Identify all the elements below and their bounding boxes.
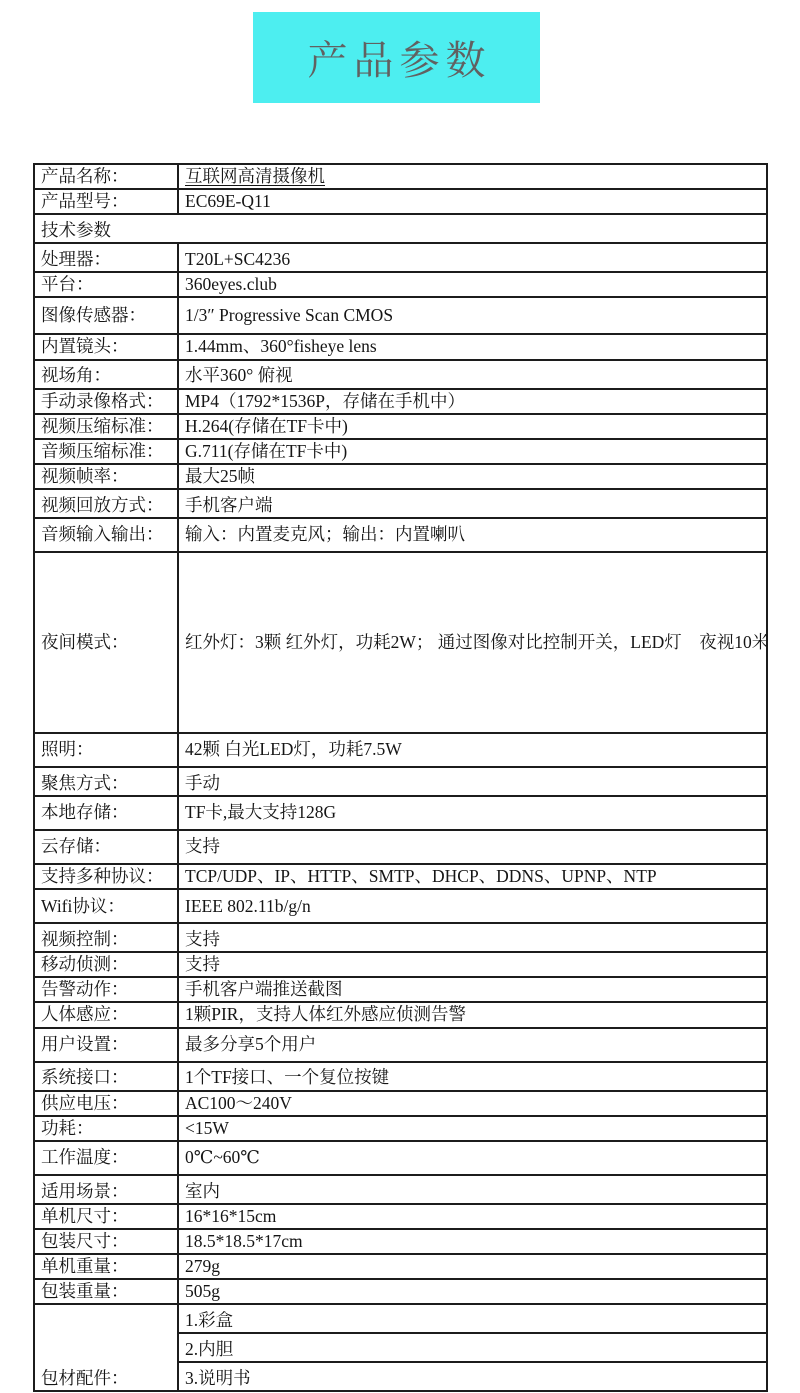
spec-value: 2.内胆 — [178, 1333, 767, 1362]
title-banner: 产品参数 — [253, 12, 540, 103]
spec-value: 手机客户端 — [178, 489, 767, 518]
spec-value: 360eyes.club — [178, 272, 767, 297]
spec-value: 1颗PIR，支持人体红外感应侦测告警 — [178, 1002, 767, 1027]
spec-value: 手机客户端推送截图 — [178, 977, 767, 1002]
spec-label: 移动侦测： — [34, 952, 178, 977]
spec-label: 用户设置： — [34, 1028, 178, 1062]
row-package-size: 包装尺寸： 18.5*18.5*17cm — [34, 1229, 767, 1254]
row-scenario: 适用场景： 室内 — [34, 1175, 767, 1204]
spec-label: 产品型号： — [34, 189, 178, 214]
spec-value: 505g — [178, 1279, 767, 1304]
spec-label: 支持多种协议： — [34, 864, 178, 889]
row-frame-rate: 视频帧率： 最大25帧 — [34, 464, 767, 489]
spec-label: 视频帧率： — [34, 464, 178, 489]
spec-value: 1/3″ Progressive Scan CMOS — [178, 297, 767, 334]
row-power: 功耗： <15W — [34, 1116, 767, 1141]
spec-value: 支持 — [178, 830, 767, 864]
spec-label: 产品名称： — [34, 164, 178, 189]
row-unit-weight: 单机重量： 279g — [34, 1254, 767, 1279]
spec-value: IEEE 802.11b/g/n — [178, 889, 767, 923]
row-product-name: 产品名称： 互联网高清摄像机 — [34, 164, 767, 189]
spec-value: 互联网高清摄像机 — [178, 164, 767, 189]
spec-value: G.711(存储在TF卡中) — [178, 439, 767, 464]
spec-label: 本地存储： — [34, 796, 178, 830]
spec-label: 包装重量： — [34, 1279, 178, 1304]
spec-label: 告警动作： — [34, 977, 178, 1002]
spec-value: MP4（1792*1536P，存储在手机中） — [178, 389, 767, 414]
spec-label: 处理器： — [34, 243, 178, 272]
spec-value: 18.5*18.5*17cm — [178, 1229, 767, 1254]
spec-label: 供应电压： — [34, 1091, 178, 1116]
row-night-mode: 夜间模式： 红外灯：3颗 红外灯，功耗2W； 通过图像对比控制开关，LED灯 夜… — [34, 552, 767, 733]
spec-value: <15W — [178, 1116, 767, 1141]
spec-value: TF卡,最大支持128G — [178, 796, 767, 830]
spec-label: 包材配件： — [34, 1304, 178, 1391]
spec-label: Wifi协议： — [34, 889, 178, 923]
spec-label: 音频压缩标准： — [34, 439, 178, 464]
spec-value: 手动 — [178, 767, 767, 796]
row-local-storage: 本地存储： TF卡,最大支持128G — [34, 796, 767, 830]
row-record-format: 手动录像格式： MP4（1792*1536P，存储在手机中） — [34, 389, 767, 414]
spec-value: 最大25帧 — [178, 464, 767, 489]
spec-value: 3.说明书 — [178, 1362, 767, 1391]
spec-label: 图像传感器： — [34, 297, 178, 334]
spec-label: 视场角： — [34, 360, 178, 389]
row-alarm-action: 告警动作： 手机客户端推送截图 — [34, 977, 767, 1002]
spec-label: 工作温度： — [34, 1141, 178, 1175]
section-header: 技术参数 — [34, 214, 767, 243]
spec-label: 平台： — [34, 272, 178, 297]
spec-label: 手动录像格式： — [34, 389, 178, 414]
row-audio-codec: 音频压缩标准： G.711(存储在TF卡中) — [34, 439, 767, 464]
spec-label: 视频回放方式： — [34, 489, 178, 518]
spec-value: T20L+SC4236 — [178, 243, 767, 272]
row-video-codec: 视频压缩标准： H.264(存储在TF卡中) — [34, 414, 767, 439]
spec-value: AC100～240V — [178, 1091, 767, 1116]
row-temperature: 工作温度： 0℃~60℃ — [34, 1141, 767, 1175]
spec-label: 人体感应： — [34, 1002, 178, 1027]
spec-value: 42颗 白光LED灯，功耗7.5W — [178, 733, 767, 767]
row-focus: 聚焦方式： 手动 — [34, 767, 767, 796]
spec-value: 支持 — [178, 923, 767, 952]
spec-label: 云存储： — [34, 830, 178, 864]
spec-value: EC69E-Q11 — [178, 189, 767, 214]
row-processor: 处理器： T20L+SC4236 — [34, 243, 767, 272]
row-platform: 平台： 360eyes.club — [34, 272, 767, 297]
row-cloud-storage: 云存储： 支持 — [34, 830, 767, 864]
row-video-control: 视频控制： 支持 — [34, 923, 767, 952]
spec-label: 音频输入输出： — [34, 518, 178, 552]
spec-label: 单机尺寸： — [34, 1204, 178, 1229]
row-user-settings: 用户设置： 最多分享5个用户 — [34, 1028, 767, 1062]
spec-value: 室内 — [178, 1175, 767, 1204]
spec-value: 输入：内置麦克风；输出：内置喇叭 — [178, 518, 767, 552]
spec-value: H.264(存储在TF卡中) — [178, 414, 767, 439]
row-audio-io: 音频输入输出： 输入：内置麦克风；输出：内置喇叭 — [34, 518, 767, 552]
row-system-interface: 系统接口： 1个TF接口、一个复位按键 — [34, 1062, 767, 1091]
row-motion-detect: 移动侦测： 支持 — [34, 952, 767, 977]
row-package-weight: 包装重量： 505g — [34, 1279, 767, 1304]
spec-value: 279g — [178, 1254, 767, 1279]
row-product-model: 产品型号： EC69E-Q11 — [34, 189, 767, 214]
spec-value: TCP/UDP、IP、HTTP、SMTP、DHCP、DDNS、UPNP、NTP — [178, 864, 767, 889]
spec-label: 聚焦方式： — [34, 767, 178, 796]
row-wifi: Wifi协议： IEEE 802.11b/g/n — [34, 889, 767, 923]
page-title: 产品参数 — [302, 29, 492, 86]
spec-value: 最多分享5个用户 — [178, 1028, 767, 1062]
row-playback: 视频回放方式： 手机客户端 — [34, 489, 767, 518]
row-packaging-accessories: 包材配件： 1.彩盒 — [34, 1304, 767, 1333]
spec-value: 水平360° 俯视 — [178, 360, 767, 389]
spec-value: 支持 — [178, 952, 767, 977]
spec-label: 照明： — [34, 733, 178, 767]
spec-label: 视频控制： — [34, 923, 178, 952]
row-fov: 视场角： 水平360° 俯视 — [34, 360, 767, 389]
row-illumination: 照明： 42颗 白光LED灯，功耗7.5W — [34, 733, 767, 767]
spec-value: 1.44mm、360°fisheye lens — [178, 334, 767, 359]
row-image-sensor: 图像传感器： 1/3″ Progressive Scan CMOS — [34, 297, 767, 334]
row-unit-size: 单机尺寸： 16*16*15cm — [34, 1204, 767, 1229]
spec-value: 1个TF接口、一个复位按键 — [178, 1062, 767, 1091]
spec-value: 红外灯：3颗 红外灯，功耗2W； 通过图像对比控制开关，LED灯 夜视10米（I… — [178, 552, 767, 733]
spec-label: 夜间模式： — [34, 552, 178, 733]
spec-label: 内置镜头： — [34, 334, 178, 359]
spec-label: 适用场景： — [34, 1175, 178, 1204]
spec-label: 视频压缩标准： — [34, 414, 178, 439]
product-name-text: 互联网高清摄像机 — [185, 166, 325, 186]
spec-table: 产品名称： 互联网高清摄像机 产品型号： EC69E-Q11 技术参数 处理器：… — [33, 163, 768, 1392]
row-voltage: 供应电压： AC100～240V — [34, 1091, 767, 1116]
row-lens: 内置镜头： 1.44mm、360°fisheye lens — [34, 334, 767, 359]
spec-label: 单机重量： — [34, 1254, 178, 1279]
spec-value: 1.彩盒 — [178, 1304, 767, 1333]
row-section-tech-params: 技术参数 — [34, 214, 767, 243]
spec-label: 包装尺寸： — [34, 1229, 178, 1254]
spec-label: 系统接口： — [34, 1062, 178, 1091]
row-protocols: 支持多种协议： TCP/UDP、IP、HTTP、SMTP、DHCP、DDNS、U… — [34, 864, 767, 889]
spec-label: 功耗： — [34, 1116, 178, 1141]
spec-value: 16*16*15cm — [178, 1204, 767, 1229]
row-pir-sensor: 人体感应： 1颗PIR，支持人体红外感应侦测告警 — [34, 1002, 767, 1027]
spec-value: 0℃~60℃ — [178, 1141, 767, 1175]
